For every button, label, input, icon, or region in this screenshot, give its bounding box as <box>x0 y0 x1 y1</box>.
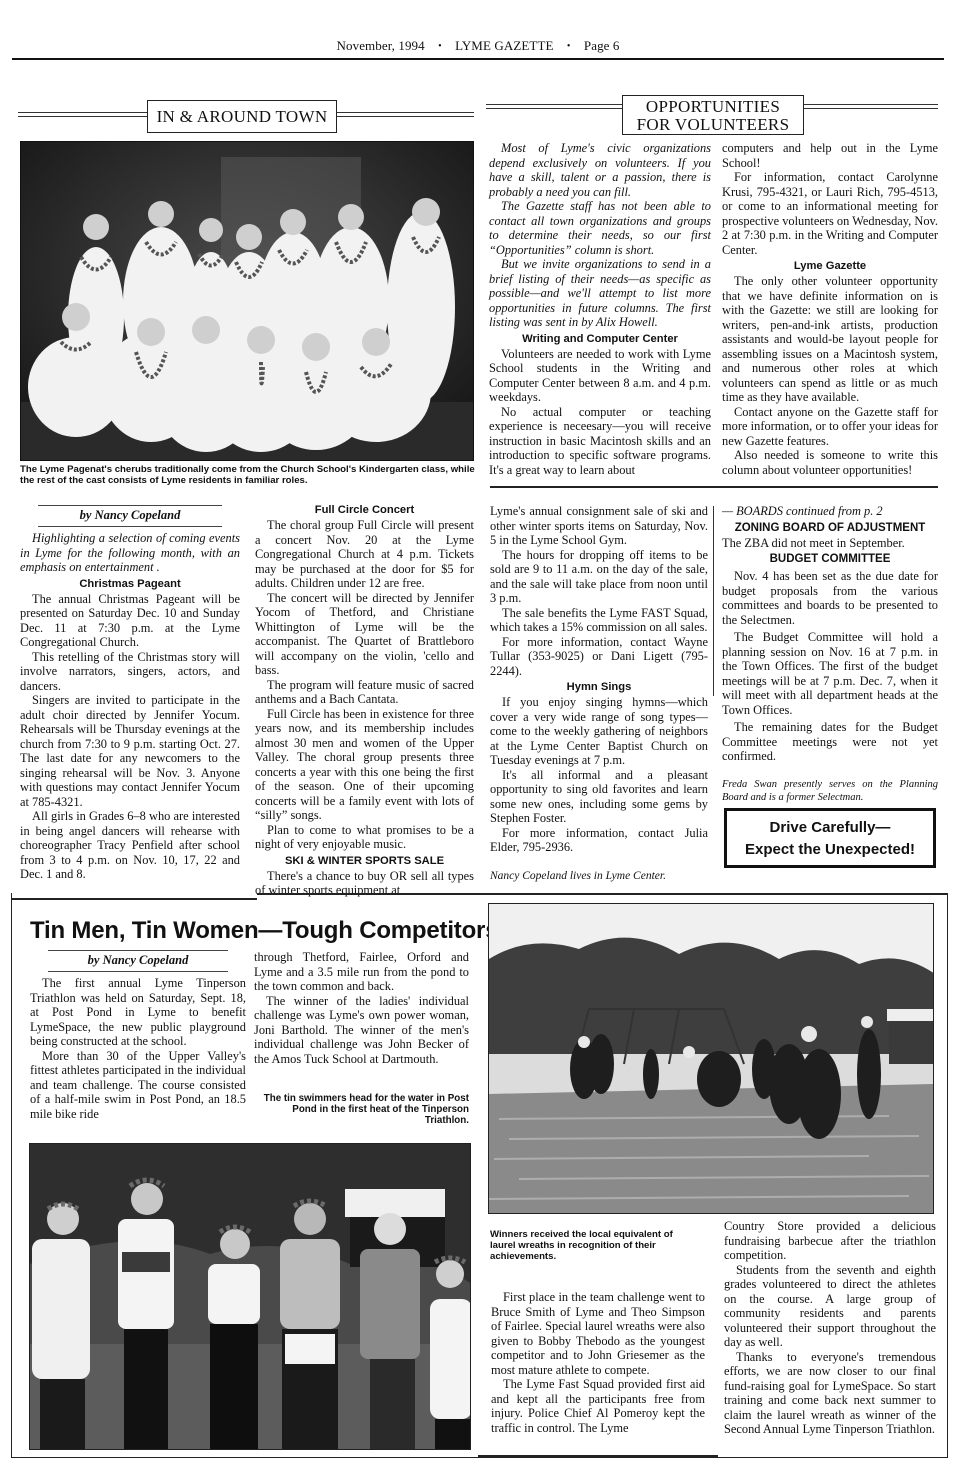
article-paragraph: Country Store provided a delicious fundr… <box>724 1219 936 1263</box>
article-paragraph: Students from the seventh and eighth gra… <box>724 1263 936 1350</box>
article-paragraph: The choral group Full Circle will presen… <box>255 518 474 591</box>
volunteers-intro: Most of Lyme's civic organizations depen… <box>489 141 711 199</box>
article-paragraph: No actual computer or teaching experienc… <box>489 405 711 478</box>
christmas-pageant-heading: Christmas Pageant <box>20 578 240 591</box>
lyme-gazette-heading: Lyme Gazette <box>722 260 938 273</box>
article-paragraph: Volunteers are needed to work with Lyme … <box>489 347 711 405</box>
around-town-column-2: Full Circle Concert The choral group Ful… <box>255 504 474 898</box>
article-paragraph: through Thetford, Fairlee, Orford and Ly… <box>254 950 469 994</box>
article-paragraph: First place in the team challenge went t… <box>491 1290 705 1377</box>
around-town-column-3: Lyme's annual consignment sale of ski an… <box>490 504 708 883</box>
section-title-line: OPPORTUNITIES <box>623 98 803 116</box>
swim-photo <box>488 903 934 1214</box>
budget-committee-heading: BUDGET COMMITTEE <box>722 553 938 566</box>
section-title-line: FOR VOLUNTEERS <box>623 116 803 134</box>
article-paragraph: Full Circle has been in existence for th… <box>255 707 474 823</box>
pageant-photo-caption: The Lyme Pagenat's cherubs traditionally… <box>20 464 480 486</box>
article-paragraph: The winner of the ladies' individual cha… <box>254 994 469 1067</box>
volunteers-intro: The Gazette staff has not been able to c… <box>489 199 711 257</box>
article-paragraph: The ZBA did not meet in September. <box>722 536 938 551</box>
article-paragraph: The program will feature music of sacred… <box>255 678 474 707</box>
byline: by Nancy Copeland <box>38 505 222 527</box>
photo-six-winners-with-laurel-wreaths-icon <box>30 1144 471 1450</box>
section-divider <box>478 1455 718 1457</box>
section-title-in-around-town: IN & AROUND TOWN <box>147 100 337 133</box>
article-paragraph: This retelling of the Christmas story wi… <box>20 650 240 694</box>
article-paragraph: Lyme's annual consignment sale of ski an… <box>490 504 708 548</box>
article-paragraph: The hours for dropping off items to be s… <box>490 548 708 606</box>
around-town-column-1: by Nancy Copeland Highlighting a selecti… <box>20 505 240 882</box>
section-title-text: IN & AROUND TOWN <box>157 107 328 126</box>
zba-heading: ZONING BOARD OF ADJUSTMENT <box>722 522 938 535</box>
volunteers-column-1: Most of Lyme's civic organizations depen… <box>489 141 711 477</box>
author-note: Nancy Copeland lives in Lyme Center. <box>490 869 708 884</box>
section-divider <box>490 486 938 488</box>
photo-swimmers-running-into-pond-icon <box>489 904 934 1214</box>
section-title-opportunities: OPPORTUNITIES FOR VOLUNTEERS <box>622 95 804 135</box>
writing-center-heading: Writing and Computer Center <box>489 333 711 346</box>
pageant-photo <box>20 141 474 461</box>
article-paragraph: The sale benefits the Lyme FAST Squad, w… <box>490 606 708 635</box>
volunteers-intro: But we invite organizations to send in a… <box>489 257 711 330</box>
triathlon-column-2: through Thetford, Fairlee, Orford and Ly… <box>254 950 469 1066</box>
boards-column: — BOARDS continued from p. 2 ZONING BOAR… <box>722 504 938 804</box>
article-paragraph: The remaining dates for the Budget Commi… <box>722 720 938 764</box>
article-paragraph: computers and help out in the Lyme Schoo… <box>722 141 938 170</box>
frame-top-right <box>257 893 948 895</box>
article-paragraph: Plan to come to what promises to be a ni… <box>255 823 474 852</box>
publication-name: LYME GAZETTE <box>455 38 553 53</box>
article-paragraph: For information, contact Carolynne Krusi… <box>722 170 938 257</box>
winners-photo <box>29 1143 471 1450</box>
hymn-sings-heading: Hymn Sings <box>490 681 708 694</box>
triathlon-column-1: by Nancy Copeland The first annual Lyme … <box>30 950 246 1121</box>
drive-carefully-box: Drive Carefully— Expect the Unexpected! <box>724 808 936 868</box>
article-paragraph: It's all informal and a pleasant opportu… <box>490 768 708 826</box>
issue-date: November, 1994 <box>337 38 425 53</box>
author-note: Freda Swan presently serves on the Plann… <box>722 778 938 804</box>
article-paragraph: For more information, contact Julia Elde… <box>490 826 708 855</box>
full-circle-heading: Full Circle Concert <box>255 504 474 517</box>
winners-photo-caption: Winners received the local equivalent of… <box>490 1229 690 1262</box>
triathlon-column-3: First place in the team challenge went t… <box>491 1290 705 1435</box>
article-paragraph: The Lyme Fast Squad provided first aid a… <box>491 1377 705 1435</box>
ski-sale-heading: SKI & WINTER SPORTS SALE <box>255 855 474 868</box>
around-town-intro: Highlighting a selection of coming event… <box>20 531 240 575</box>
drive-box-line2: Expect the Unexpected! <box>727 839 933 861</box>
article-paragraph: Contact anyone on the Gazette staff for … <box>722 405 938 449</box>
continued-note: — BOARDS continued from p. 2 <box>722 504 938 519</box>
bullet-separator: • <box>567 41 571 52</box>
bullet-separator: • <box>438 41 442 52</box>
triathlon-column-4: Country Store provided a delicious fundr… <box>724 1219 936 1437</box>
article-paragraph: The first annual Lyme Tinperson Triathlo… <box>30 976 246 1049</box>
article-paragraph: Also needed is someone to write this col… <box>722 448 938 477</box>
photo-children-angels-icon <box>21 142 474 461</box>
article-paragraph: Singers are invited to participate in th… <box>20 693 240 809</box>
swim-photo-caption: The tin swimmers head for the water in P… <box>256 1093 469 1126</box>
article-paragraph: Nov. 4 has been set as the due date for … <box>722 569 938 627</box>
article-paragraph: All girls in Grades 6–8 who are interest… <box>20 809 240 882</box>
article-paragraph: For more information, contact Wayne Tull… <box>490 635 708 679</box>
article-paragraph: If you enjoy singing hymns—which cover a… <box>490 695 708 768</box>
article-paragraph: The Budget Committee will hold a plannin… <box>722 630 938 717</box>
byline: by Nancy Copeland <box>48 950 228 972</box>
page-header: November, 1994 • LYME GAZETTE • Page 6 <box>0 38 956 54</box>
drive-box-line1: Drive Carefully— <box>727 817 933 839</box>
volunteers-column-2: computers and help out in the Lyme Schoo… <box>722 141 938 477</box>
triathlon-headline: Tin Men, Tin Women—Tough Competitors <box>30 917 498 945</box>
article-paragraph: Thanks to everyone's tremendous efforts,… <box>724 1350 936 1437</box>
page-number: Page 6 <box>584 38 620 53</box>
header-rule <box>12 58 944 60</box>
article-paragraph: The only other volunteer opportunity tha… <box>722 274 938 405</box>
column-divider <box>713 506 714 696</box>
article-paragraph: The concert will be directed by Jennifer… <box>255 591 474 678</box>
article-paragraph: More than 30 of the Upper Valley's fitte… <box>30 1049 246 1122</box>
article-paragraph: The annual Christmas Pageant will be pre… <box>20 592 240 650</box>
